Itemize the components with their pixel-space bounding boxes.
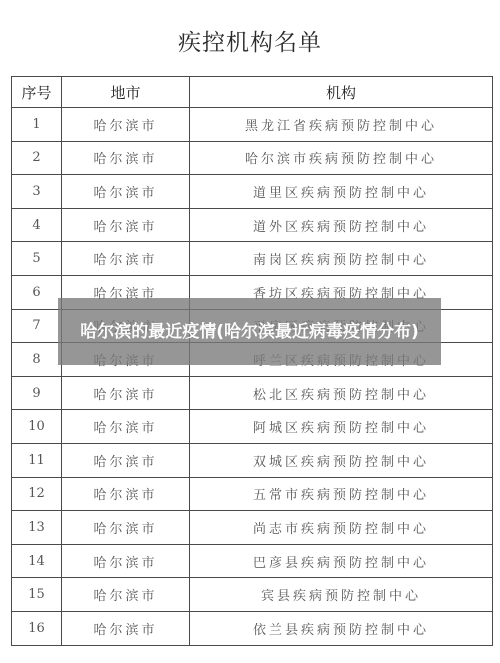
institution-cell: 依兰县疾病预防控制中心 xyxy=(190,611,493,645)
institution-cell: 道里区疾病预防控制中心 xyxy=(190,175,493,209)
table-row: 9 哈尔滨市 松北区疾病预防控制中心 xyxy=(12,376,493,410)
institution-cell: 双城区疾病预防控制中心 xyxy=(190,443,493,477)
header-serial-number: 序号 xyxy=(12,77,62,108)
table-row: 5 哈尔滨市 南岗区疾病预防控制中心 xyxy=(12,242,493,276)
city-cell: 哈尔滨市 xyxy=(62,141,190,175)
institution-cell: 五常市疾病预防控制中心 xyxy=(190,477,493,511)
serial-number-cell: 7 xyxy=(12,309,62,343)
serial-number-cell: 12 xyxy=(12,477,62,511)
city-cell: 哈尔滨市 xyxy=(62,578,190,612)
institution-cell: 松北区疾病预防控制中心 xyxy=(190,376,493,410)
institution-cell: 南岗区疾病预防控制中心 xyxy=(190,242,493,276)
caption-overlay-banner: 哈尔滨的最近疫情(哈尔滨最近病毒疫情分布) xyxy=(58,298,441,365)
city-cell: 哈尔滨市 xyxy=(62,511,190,545)
header-institution: 机构 xyxy=(190,77,493,108)
city-cell: 哈尔滨市 xyxy=(62,242,190,276)
serial-number-cell: 11 xyxy=(12,443,62,477)
city-cell: 哈尔滨市 xyxy=(62,376,190,410)
serial-number-cell: 5 xyxy=(12,242,62,276)
city-cell: 哈尔滨市 xyxy=(62,544,190,578)
table-row: 14 哈尔滨市 巴彦县疾病预防控制中心 xyxy=(12,544,493,578)
serial-number-cell: 10 xyxy=(12,410,62,444)
institution-cell: 阿城区疾病预防控制中心 xyxy=(190,410,493,444)
table-row: 10 哈尔滨市 阿城区疾病预防控制中心 xyxy=(12,410,493,444)
serial-number-cell: 9 xyxy=(12,376,62,410)
serial-number-cell: 1 xyxy=(12,108,62,142)
serial-number-cell: 8 xyxy=(12,343,62,377)
table-row: 4 哈尔滨市 道外区疾病预防控制中心 xyxy=(12,208,493,242)
table-row: 12 哈尔滨市 五常市疾病预防控制中心 xyxy=(12,477,493,511)
table-row: 13 哈尔滨市 尚志市疾病预防控制中心 xyxy=(12,511,493,545)
serial-number-cell: 15 xyxy=(12,578,62,612)
serial-number-cell: 16 xyxy=(12,611,62,645)
document-title: 疾控机构名单 xyxy=(0,24,500,57)
serial-number-cell: 3 xyxy=(12,175,62,209)
city-cell: 哈尔滨市 xyxy=(62,208,190,242)
table-row: 15 哈尔滨市 宾县疾病预防控制中心 xyxy=(12,578,493,612)
city-cell: 哈尔滨市 xyxy=(62,611,190,645)
serial-number-cell: 2 xyxy=(12,141,62,175)
serial-number-cell: 4 xyxy=(12,208,62,242)
table-row: 2 哈尔滨市 哈尔滨市疾病预防控制中心 xyxy=(12,141,493,175)
table-header-row: 序号 地市 机构 xyxy=(12,77,493,108)
institution-cell: 尚志市疾病预防控制中心 xyxy=(190,511,493,545)
header-city: 地市 xyxy=(62,77,190,108)
table-row: 16 哈尔滨市 依兰县疾病预防控制中心 xyxy=(12,611,493,645)
institution-cell: 哈尔滨市疾病预防控制中心 xyxy=(190,141,493,175)
table-row: 11 哈尔滨市 双城区疾病预防控制中心 xyxy=(12,443,493,477)
table-row: 3 哈尔滨市 道里区疾病预防控制中心 xyxy=(12,175,493,209)
serial-number-cell: 6 xyxy=(12,275,62,309)
institution-cell: 巴彦县疾病预防控制中心 xyxy=(190,544,493,578)
serial-number-cell: 14 xyxy=(12,544,62,578)
institution-cell: 宾县疾病预防控制中心 xyxy=(190,578,493,612)
institution-cell: 道外区疾病预防控制中心 xyxy=(190,208,493,242)
caption-overlay-text: 哈尔滨的最近疫情(哈尔滨最近病毒疫情分布) xyxy=(80,320,419,344)
city-cell: 哈尔滨市 xyxy=(62,175,190,209)
institution-cell: 黑龙江省疾病预防控制中心 xyxy=(190,108,493,142)
city-cell: 哈尔滨市 xyxy=(62,108,190,142)
serial-number-cell: 13 xyxy=(12,511,62,545)
city-cell: 哈尔滨市 xyxy=(62,443,190,477)
table-row: 1 哈尔滨市 黑龙江省疾病预防控制中心 xyxy=(12,108,493,142)
city-cell: 哈尔滨市 xyxy=(62,410,190,444)
city-cell: 哈尔滨市 xyxy=(62,477,190,511)
